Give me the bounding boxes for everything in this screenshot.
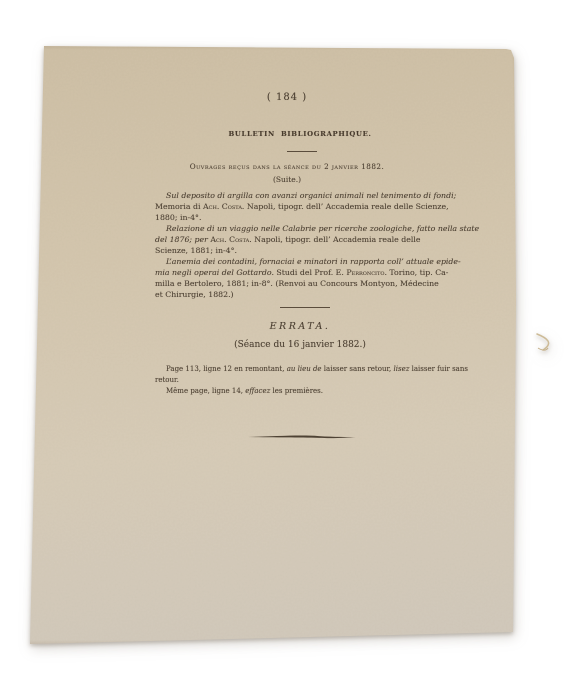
paper-fiber (534, 330, 560, 360)
text-line: 1880; in-4°. (155, 212, 445, 223)
errata-rule (280, 307, 330, 308)
text-line: milla e Bertolero, 1881; in-8°. (Renvoi … (155, 278, 445, 289)
text-segment: Torino, tip. Ca- (387, 268, 448, 277)
text-segment: laisser sans retour, (322, 365, 394, 373)
text-line: Relazione di un viaggio nelle Calabrie p… (155, 223, 445, 234)
heading-rule (287, 151, 317, 152)
text-line: Scienze, 1881; in-4°. (155, 245, 445, 256)
tailpiece-rule (247, 433, 357, 441)
author-name: Perroncito. (346, 268, 387, 277)
text-segment: les premières. (270, 387, 323, 395)
suite-note: (Suite.) (142, 175, 432, 184)
text-segment: retour. (155, 376, 179, 384)
errata-text: Page 113, ligne 12 en remontant, au lieu… (155, 364, 445, 397)
author-name: Ach. Costa. (210, 235, 251, 244)
bib-entry: L’anemia dei contadini, fornaciai e mina… (155, 256, 445, 300)
page-shadow-wrap: ( 184 ) BULLETIN BIBLIOGRAPHIQUE. Ouvrag… (28, 44, 520, 648)
text-segment: et Chirurgie, 1882.) (155, 290, 234, 299)
text-line: L’anemia dei contadini, fornaciai e mina… (155, 256, 445, 267)
text-segment: Memoria di (155, 202, 203, 211)
page-number: ( 184 ) (142, 92, 432, 103)
bib-entry: Sul deposito di argilla con avanzi organ… (155, 190, 445, 223)
book-page: ( 184 ) BULLETIN BIBLIOGRAPHIQUE. Ouvrag… (28, 44, 520, 648)
text-segment: Sul deposito di argilla con avanzi organ… (166, 191, 456, 200)
text-segment: effacez (245, 387, 270, 395)
text-line: Memoria di Ach. Costa. Napoli, tipogr. d… (155, 201, 445, 212)
photo-background: ( 184 ) BULLETIN BIBLIOGRAPHIQUE. Ouvrag… (0, 0, 566, 700)
text-line: et Chirurgie, 1882.) (155, 289, 445, 300)
text-line: del 1876; per Ach. Costa. Napoli, tipogr… (155, 234, 445, 245)
text-segment: au lieu de (287, 365, 322, 373)
text-line: Sul deposito di argilla con avanzi organ… (155, 190, 445, 201)
author-name: Ach. Costa. (203, 202, 244, 211)
section-heading: BULLETIN BIBLIOGRAPHIQUE. (155, 130, 445, 138)
text-segment: Même page, ligne 14, (166, 387, 245, 395)
text-line: Même page, ligne 14, effacez les premièr… (155, 386, 445, 397)
text-segment: mia negli operai del Gottardo. (155, 268, 274, 277)
text-line: Page 113, ligne 12 en remontant, au lieu… (155, 364, 445, 375)
text-line: mia negli operai del Gottardo. Studi del… (155, 267, 445, 278)
text-segment: milla e Bertolero, 1881; in-8°. (Renvoi … (155, 279, 439, 288)
text-segment: Page 113, ligne 12 en remontant, (166, 365, 287, 373)
bib-entry: Relazione di un viaggio nelle Calabrie p… (155, 223, 445, 256)
text-segment: Napoli, tipogr. dell’ Accademia reale de… (244, 202, 448, 211)
text-segment: del 1876; per (155, 235, 210, 244)
text-segment: laisser fuir sans (409, 365, 468, 373)
text-segment: Napoli, tipogr. dell’ Accademia reale de… (252, 235, 421, 244)
errata-heading: ERRATA. (155, 321, 445, 332)
text-segment: Scienze, 1881; in-4°. (155, 246, 237, 255)
text-segment: lisez (394, 365, 410, 373)
text-segment: 1880; in-4°. (155, 213, 201, 222)
text-segment: L’anemia dei contadini, fornaciai e mina… (166, 257, 461, 266)
errata-seance: (Séance du 16 janvier 1882.) (155, 340, 445, 350)
text-segment: Relazione di un viaggio nelle Calabrie p… (166, 224, 479, 233)
bibliography-list: Sul deposito di argilla con avanzi organ… (155, 190, 445, 300)
text-line: retour. (155, 375, 445, 386)
text-segment: Studi del Prof. E. (274, 268, 346, 277)
seance-heading: Ouvrages reçus dans la séance du 2 janvi… (142, 162, 432, 171)
